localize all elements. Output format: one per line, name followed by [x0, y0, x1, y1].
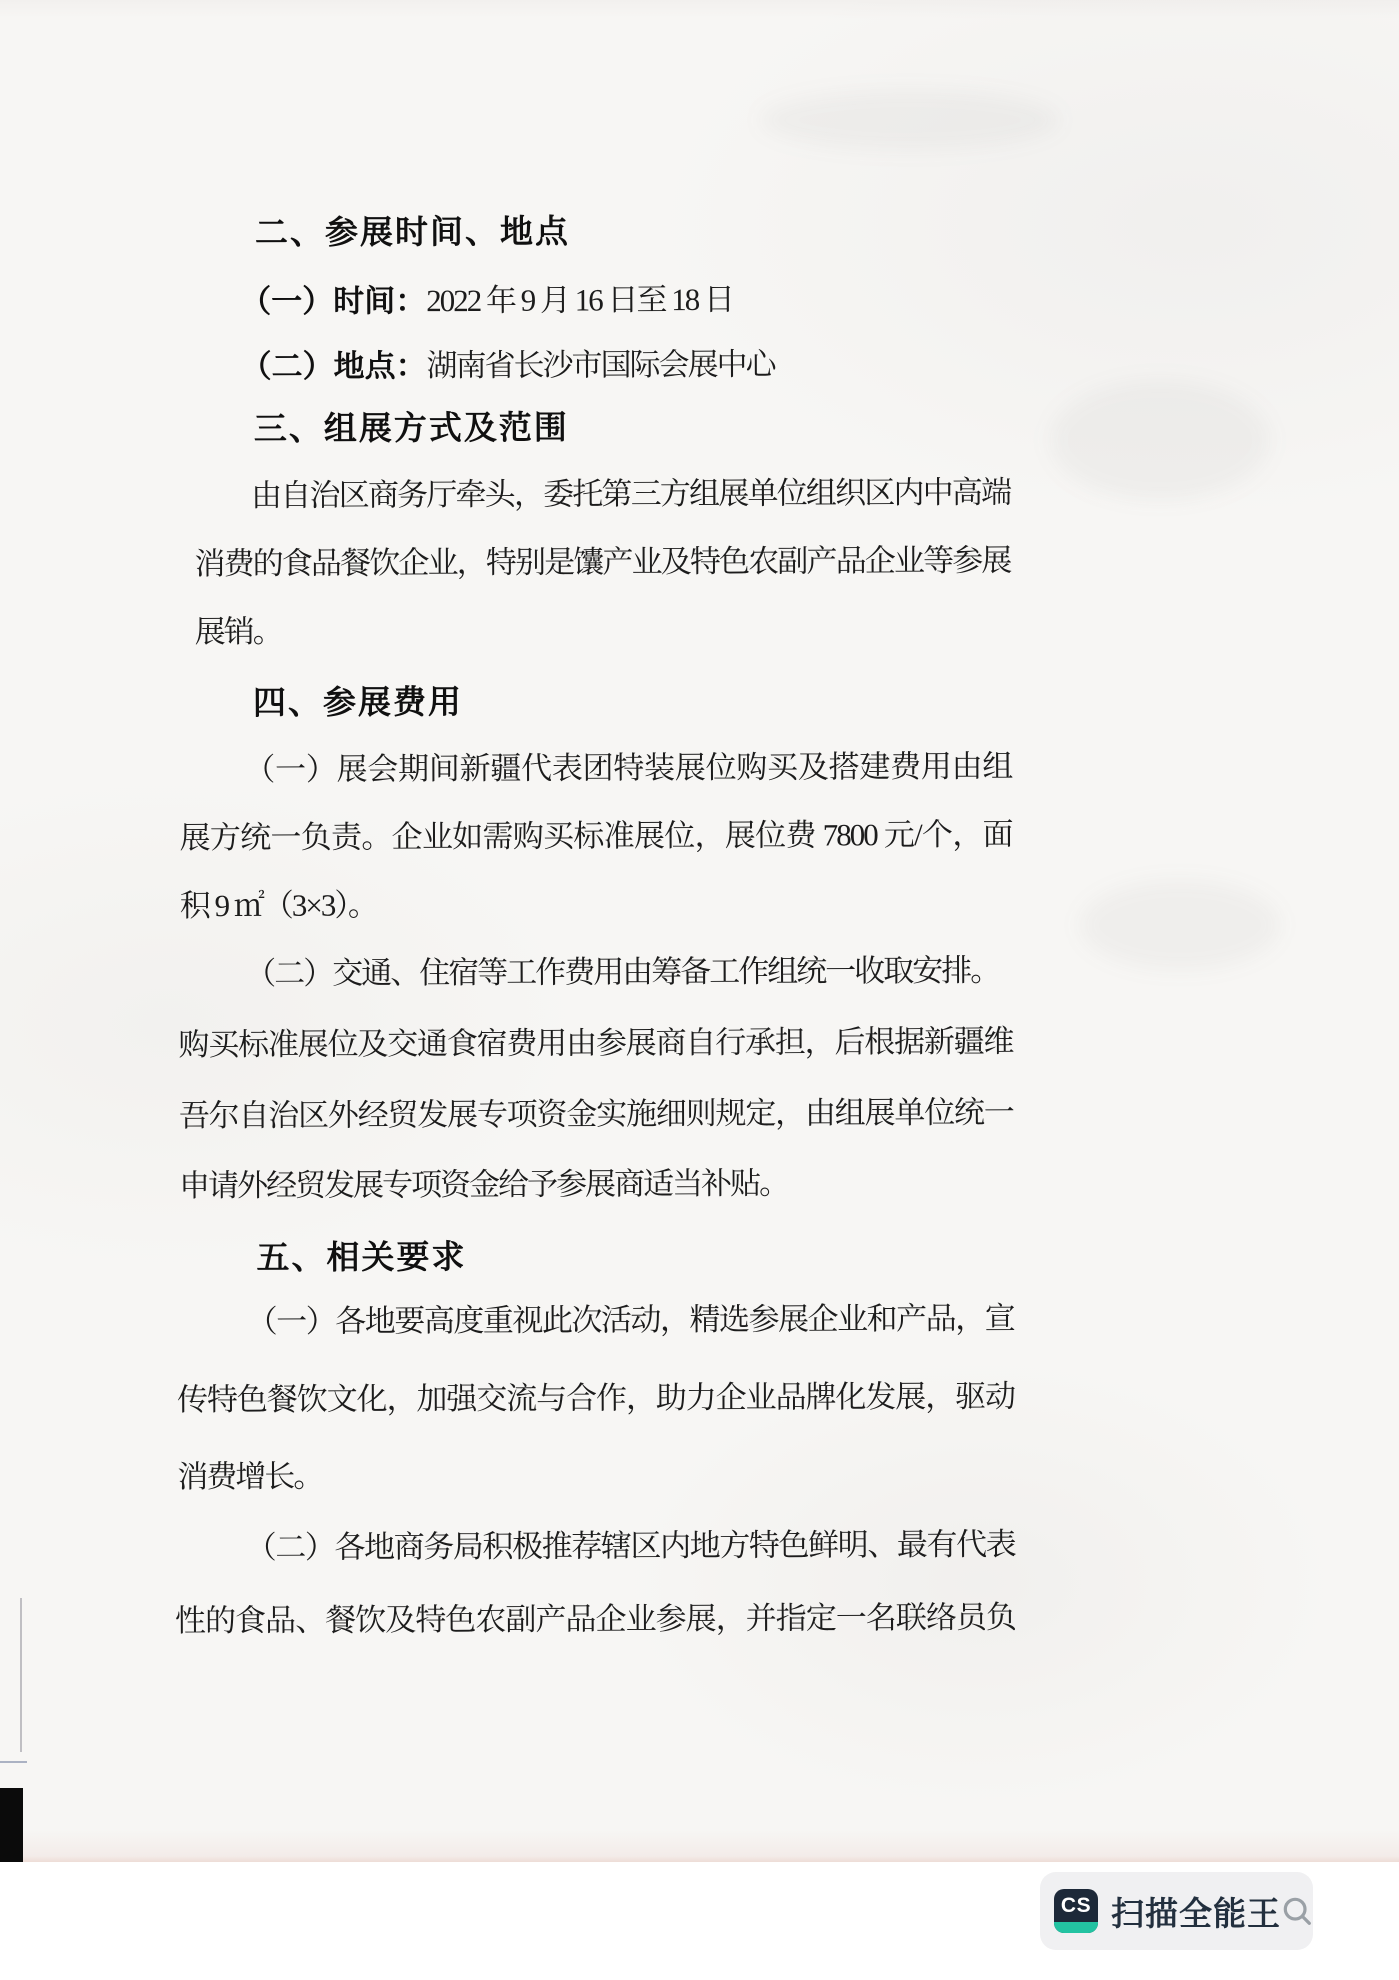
doc-line: （一）展会期间新疆代表团特装展位购买及搭建费用由组	[244, 749, 1011, 788]
section-heading: 三、组展方式及范围	[254, 409, 569, 448]
doc-line: （一）时间：2022 年 9 月 16 日至 18 日	[240, 282, 733, 320]
doc-line: 吾尔自治区外经贸发展专项资金实施细则规定，由组展单位统一	[179, 1095, 1013, 1134]
camscanner-watermark: CS 扫描全能王	[1040, 1872, 1313, 1950]
doc-line: 展方统一负责。企业如需购买标准展位，展位费 7800 元/个，面	[180, 817, 1012, 856]
cs-initials: CS	[1054, 1889, 1098, 1923]
item-label: （一）时间：	[240, 283, 426, 319]
magnifier-icon	[1281, 1895, 1313, 1927]
scan-black-block-artifact	[0, 1788, 23, 1862]
doc-line: 性的食品、餐饮及特色农副产品企业参展，并指定一名联络员负	[175, 1600, 1015, 1639]
item-label: （二）地点：	[240, 348, 426, 384]
doc-line: 消费增长。	[177, 1459, 322, 1495]
scan-edge-artifact	[0, 1761, 27, 1763]
scanned-document-page: 二、参展时间、地点 （一）时间：2022 年 9 月 16 日至 18 日 （二…	[0, 0, 1399, 1980]
section-heading: 五、相关要求	[256, 1238, 466, 1277]
doc-line: 传特色餐饮文化，加强交流与合作，助力企业品牌化发展，驱动	[177, 1379, 1014, 1418]
doc-line: 积 9 ㎡（3×3）。	[180, 887, 377, 923]
item-value: 湖南省长沙市国际会展中心	[426, 347, 774, 384]
camscanner-app-icon: CS	[1054, 1889, 1098, 1933]
document-text: 二、参展时间、地点 （一）时间：2022 年 9 月 16 日至 18 日 （二…	[0, 0, 1399, 1865]
doc-line: （二）交通、住宿等工作费用由筹备工作组统一收取安排。	[245, 953, 999, 992]
doc-line: 展销。	[195, 614, 282, 650]
doc-line: 由自治区商务厅牵头，委托第三方组展单位组织区内中高端	[251, 475, 1010, 514]
doc-line: 申请外经贸发展专项资金给予参展商适当补贴。	[179, 1166, 788, 1204]
item-value: 2022 年 9 月 16 日至 18 日	[426, 282, 733, 318]
section-heading: 二、参展时间、地点	[255, 213, 570, 252]
doc-line: 购买标准展位及交通食宿费用由参展商自行承担，后根据新疆维	[178, 1024, 1012, 1063]
doc-line: （一）各地要高度重视此次活动，精选参展企业和产品，宣	[247, 1301, 1014, 1340]
doc-line: （二）各地商务局积极推荐辖区内地方特色鲜明、最有代表	[246, 1527, 1015, 1566]
cs-icon-strip	[1054, 1922, 1098, 1933]
doc-line: （二）地点：湖南省长沙市国际会展中心	[240, 347, 774, 385]
doc-line: 消费的食品餐饮企业，特别是馕产业及特色农副产品企业等参展	[194, 543, 1010, 582]
section-heading: 四、参展费用	[253, 683, 463, 722]
scan-edge-artifact	[20, 1598, 22, 1752]
camscanner-label: 扫描全能王	[1111, 1888, 1281, 1935]
